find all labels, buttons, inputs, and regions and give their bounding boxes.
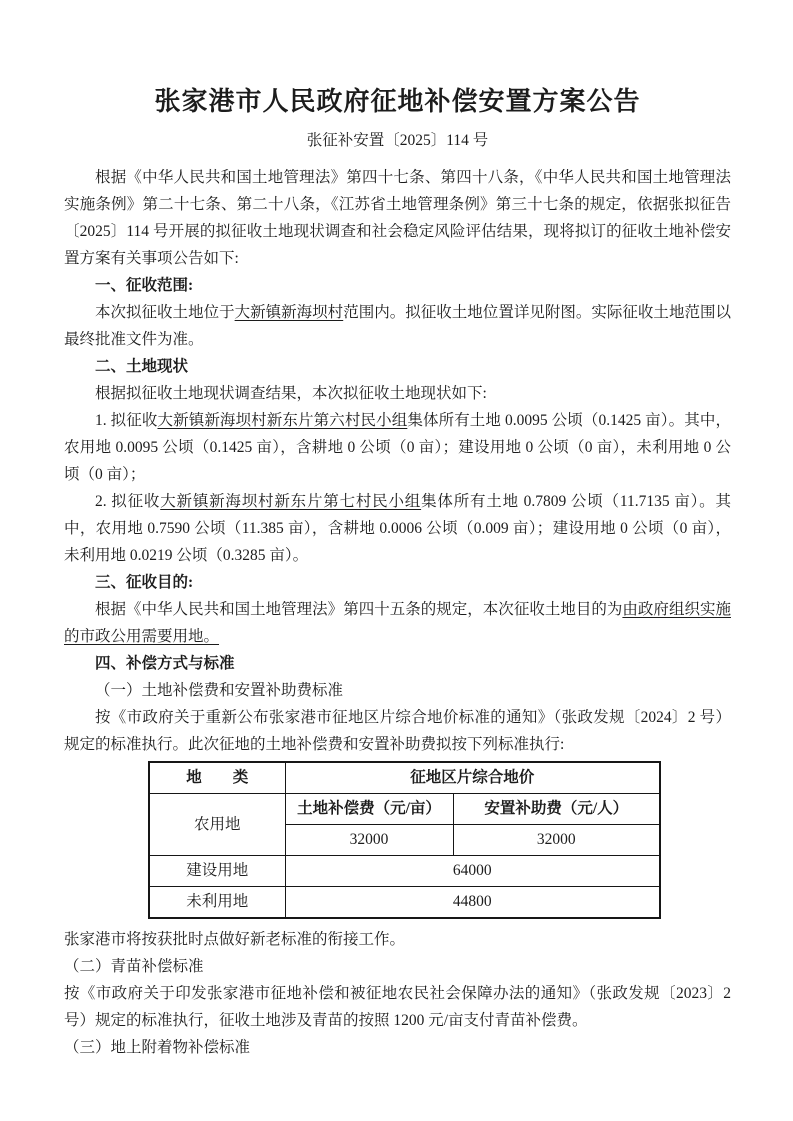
compensation-standards-table: 地 类 征地区片综合地价 农用地 土地补偿费（元/亩） 安置补助费（元/人） 3…: [148, 761, 661, 919]
section1-text-pre: 本次拟征收土地位于: [95, 304, 235, 321]
table-subheader-resettlement-subsidy: 安置补助费（元/人）: [453, 794, 660, 825]
section2-item2: 2. 拟征收大新镇新海坝村新东片第七村民小组集体所有土地 0.7809 公顷（1…: [64, 488, 731, 569]
table-header-land-type: 地 类: [149, 762, 285, 794]
section1-heading: 一、征收范围:: [64, 272, 731, 299]
table-cell-unused-label: 未利用地: [149, 887, 285, 919]
section4-sub3-heading: （三）地上附着物补偿标准: [64, 1034, 731, 1061]
table-cell-agri-resettlement-subsidy: 32000: [453, 825, 660, 856]
table-subheader-row: 农用地 土地补偿费（元/亩） 安置补助费（元/人）: [149, 794, 660, 825]
document-number: 张征补安置〔2025〕114 号: [64, 129, 731, 153]
section1-underlined-location: 大新镇新海坝村: [235, 304, 344, 321]
item1-text-pre: 1. 拟征收: [95, 412, 157, 429]
section1-paragraph: 本次拟征收土地位于大新镇新海坝村范围内。拟征收土地位置详见附图。实际征收土地范围…: [64, 299, 731, 353]
table-cell-construction-value: 64000: [285, 856, 660, 887]
section3-text-pre: 根据《中华人民共和国土地管理法》第四十五条的规定，本次征收土地目的为: [95, 601, 622, 618]
table-cell-construction-label: 建设用地: [149, 856, 285, 887]
table-header-comprehensive-price: 征地区片综合地价: [285, 762, 660, 794]
section3-paragraph: 根据《中华人民共和国土地管理法》第四十五条的规定，本次征收土地目的为由政府组织实…: [64, 596, 731, 650]
item2-underlined-group: 大新镇新海坝村新东片第七村民小组: [160, 493, 421, 510]
section2-heading: 二、土地现状: [64, 353, 731, 380]
table-row-unused: 未利用地 44800: [149, 887, 660, 919]
section4-sub1-heading: （一）土地补偿费和安置补助费标准: [64, 677, 731, 704]
table-subheader-land-compensation: 土地补偿费（元/亩）: [285, 794, 453, 825]
item2-text-pre: 2. 拟征收: [95, 493, 160, 510]
section4-sub2-heading: （二）青苗补偿标准: [64, 953, 731, 980]
section2-intro: 根据拟征收土地现状调查结果，本次拟征收土地现状如下:: [64, 380, 731, 407]
document-page: 张家港市人民政府征地补偿安置方案公告 张征补安置〔2025〕114 号 根据《中…: [0, 0, 793, 1121]
section4-heading: 四、补偿方式与标准: [64, 650, 731, 677]
section2-item1: 1. 拟征收大新镇新海坝村新东片第六村民小组集体所有土地 0.0095 公顷（0…: [64, 407, 731, 488]
document-body: 根据《中华人民共和国土地管理法》第四十七条、第四十八条，《中华人民共和国土地管理…: [64, 164, 731, 1061]
table-row-construction: 建设用地 64000: [149, 856, 660, 887]
section4-sub1-note: 张家港市将按获批时点做好新老标准的衔接工作。: [64, 926, 731, 953]
table-cell-agri-land-compensation: 32000: [285, 825, 453, 856]
section3-heading: 三、征收目的:: [64, 569, 731, 596]
intro-paragraph: 根据《中华人民共和国土地管理法》第四十七条、第四十八条，《中华人民共和国土地管理…: [64, 164, 731, 272]
item1-underlined-group: 大新镇新海坝村新东片第六村民小组: [157, 412, 407, 429]
document-title: 张家港市人民政府征地补偿安置方案公告: [64, 84, 731, 120]
table-cell-unused-value: 44800: [285, 887, 660, 919]
table-header-row: 地 类 征地区片综合地价: [149, 762, 660, 794]
section4-sub2-paragraph: 按《市政府关于印发张家港市征地补偿和被征地农民社会保障办法的通知》（张政发规〔2…: [64, 980, 731, 1034]
table-cell-agri-label: 农用地: [149, 794, 285, 856]
section4-sub1-paragraph: 按《市政府关于重新公布张家港市征地区片综合地价标准的通知》（张政发规〔2024〕…: [64, 704, 731, 758]
